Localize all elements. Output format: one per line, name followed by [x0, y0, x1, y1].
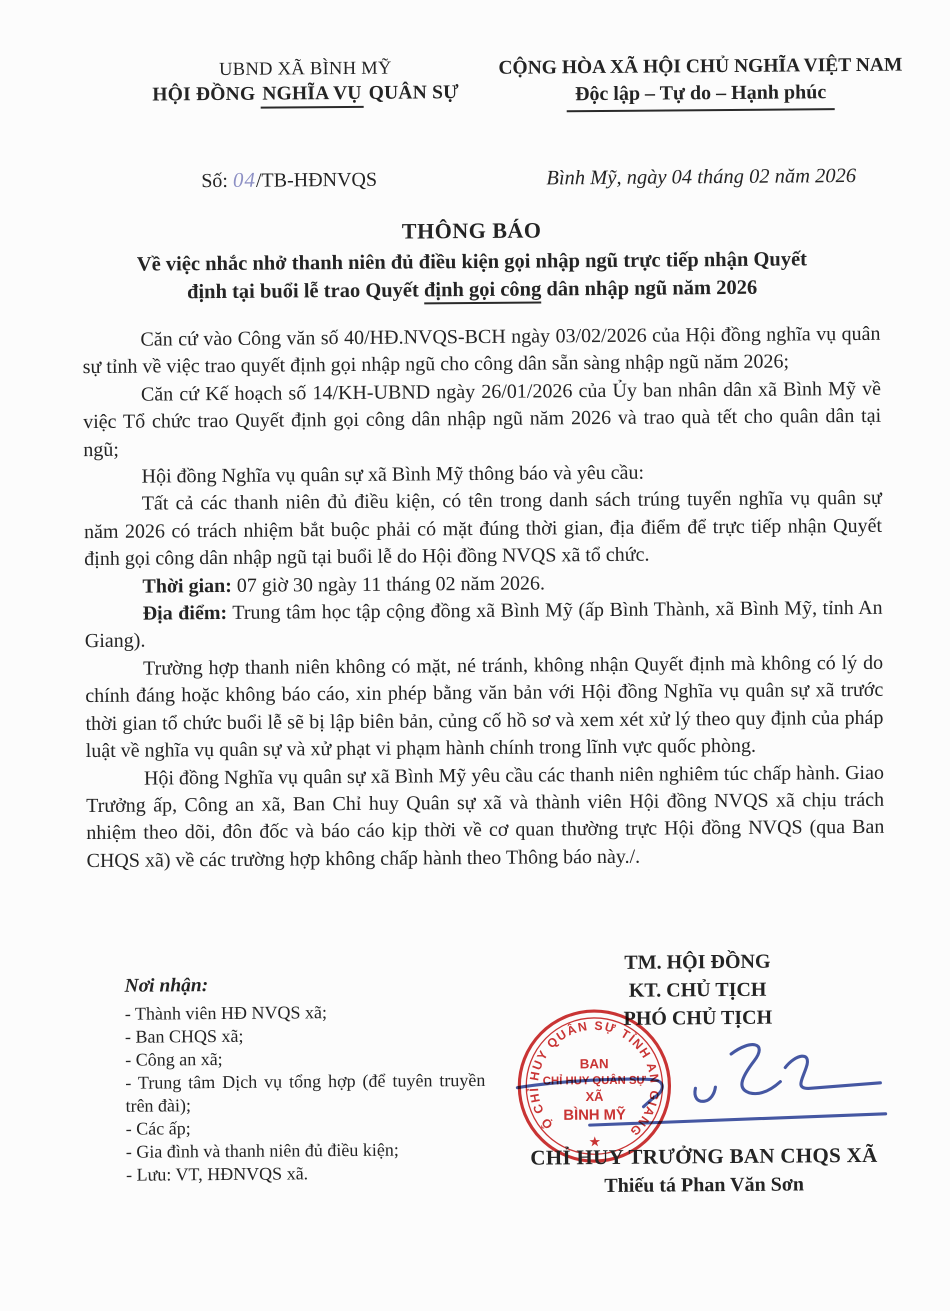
- document-page: UBND XÃ BÌNH MỸ HỘI ĐỒNG NGHĨA VỤ QUÂN S…: [0, 0, 950, 1311]
- agency-name-underlined: NGHĨA VỤ: [260, 83, 364, 109]
- body-paragraph: Tất cả các thanh niên đủ điều kiện, có t…: [84, 485, 883, 573]
- time-label: Thời gian:: [142, 575, 232, 598]
- recipient-item: - Trung tâm Dịch vụ tổng hợp (để tuyên t…: [125, 1069, 485, 1118]
- recipients-list: - Thành viên HĐ NVQS xã;- Ban CHQS xã;- …: [125, 1000, 486, 1187]
- recipients-block: Nơi nhận: - Thành viên HĐ NVQS xã;- Ban …: [124, 972, 486, 1187]
- scanned-document: UBND XÃ BÌNH MỸ HỘI ĐỒNG NGHĨA VỤ QUÂN S…: [0, 0, 950, 1311]
- issuing-agency-block: UBND XÃ BÌNH MỸ HỘI ĐỒNG NGHĨA VỤ QUÂN S…: [113, 58, 497, 107]
- recipient-item: - Gia đình và thanh niên đủ điều kiện;: [126, 1138, 486, 1164]
- recipient-item: - Lưu: VT, HĐNVQS xã.: [126, 1161, 486, 1187]
- authority-line2: KT. CHỦ TỊCH: [523, 975, 873, 1006]
- subtitle-line2: định tại buổi lễ trao Quyết định gọi côn…: [72, 273, 872, 307]
- document-number: Số: 04/TB-HĐNVQS: [201, 167, 377, 193]
- body-paragraph: Trường hợp thanh niên không có mặt, né t…: [85, 650, 884, 766]
- handwritten-number: 04: [233, 168, 256, 192]
- subtitle-underlined: định gọi công: [424, 278, 542, 304]
- recipient-item: - Ban CHQS xã;: [125, 1023, 485, 1049]
- national-motto-block: CỘNG HÒA XÃ HỘI CHỦ NGHĨA VIỆT NAM Độc l…: [467, 54, 933, 113]
- document-date: Bình Mỹ, ngày 04 tháng 02 năm 2026: [516, 165, 886, 191]
- signer-position: CHỈ HUY TRƯỞNG BAN CHQS XÃ: [482, 1142, 926, 1170]
- authority-line1: TM. HỘI ĐỒNG: [522, 947, 872, 978]
- recipient-item: - Công an xã;: [125, 1046, 485, 1072]
- document-body: Căn cứ vào Công văn số 40/HĐ.NVQS-BCH ng…: [82, 321, 884, 875]
- body-paragraph: Căn cứ Kế hoạch số 14/KH-UBND ngày 26/01…: [83, 376, 882, 464]
- body-paragraph-place: Địa điểm: Trung tâm học tập cộng đồng xã…: [85, 595, 883, 656]
- signer-block: CHỈ HUY TRƯỞNG BAN CHQS XÃ Thiếu tá Phan…: [482, 1142, 926, 1198]
- recipient-item: - Thành viên HĐ NVQS xã;: [125, 1000, 485, 1026]
- body-paragraph: Căn cứ vào Công văn số 40/HĐ.NVQS-BCH ng…: [82, 321, 880, 382]
- agency-parent-name: UBND XÃ BÌNH MỸ: [113, 58, 497, 82]
- signature-scribble: [503, 1027, 896, 1148]
- recipient-item: - Các ấp;: [126, 1115, 486, 1141]
- agency-name: HỘI ĐỒNG NGHĨA VỤ QUÂN SỰ: [114, 82, 498, 107]
- recipients-title: Nơi nhận:: [124, 972, 484, 998]
- place-label: Địa điểm:: [143, 602, 228, 625]
- signer-name: Thiếu tá Phan Văn Sơn: [482, 1172, 926, 1198]
- document-subtitle: Về việc nhắc nhở thanh niên đủ điều kiện…: [72, 245, 872, 307]
- national-motto: Độc lập – Tự do – Hạnh phúc: [567, 81, 834, 112]
- document-title: THÔNG BÁO: [0, 214, 947, 247]
- national-title: CỘNG HÒA XÃ HỘI CHỦ NGHĨA VIỆT NAM: [467, 54, 933, 80]
- body-paragraph: Hội đồng Nghĩa vụ quân sự xã Bình Mỹ yêu…: [86, 759, 885, 875]
